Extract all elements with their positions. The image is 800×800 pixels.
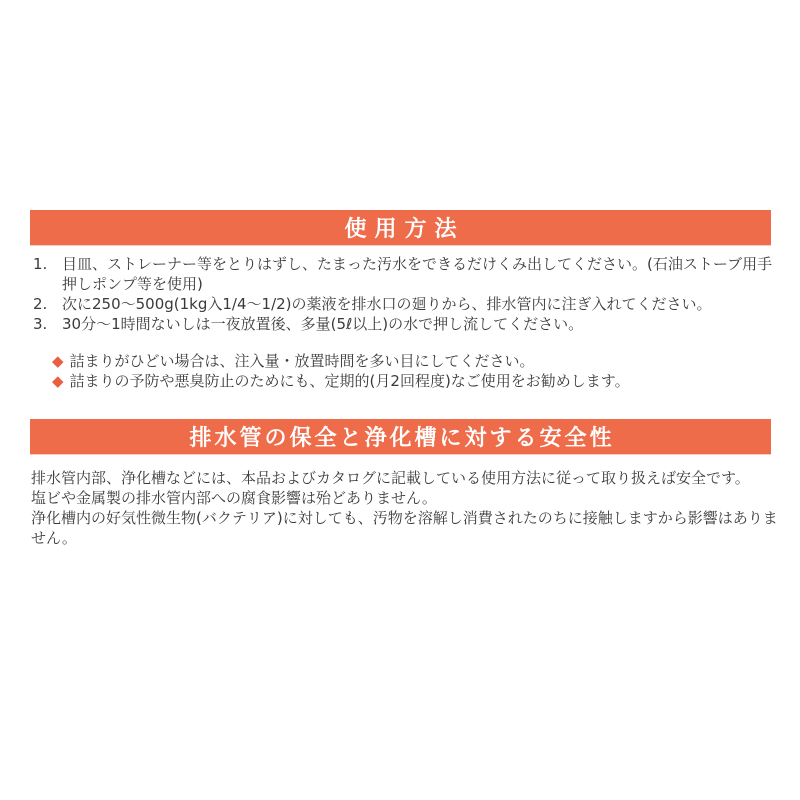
note-text: 詰まりの予防や悪臭防止のためにも、定期的(月2回程度)なご使用をお勧めします。 bbox=[70, 371, 630, 391]
safety-paragraphs: 排水管内部、浄化槽などには、本品およびカタログに記載している使用方法に従って取り… bbox=[31, 468, 779, 548]
safety-section-header-bar: 排水管の保全と浄化槽に対する安全性 bbox=[30, 419, 771, 454]
list-item: 2. 次に250〜500g(1kg入1/4〜1/2)の薬液を排水口の廻りから、排… bbox=[33, 294, 775, 314]
diamond-bullet-icon: ◆ bbox=[52, 371, 64, 391]
list-item: 3. 30分〜1時間ないしは一夜放置後、多量(5ℓ以上)の水で押し流してください… bbox=[33, 314, 775, 334]
safety-paragraph: 浄化槽内の好気性微生物(バクテリア)に対しても、汚物を溶解し消費されたのちに接触… bbox=[31, 508, 779, 548]
diamond-bullet-icon: ◆ bbox=[52, 351, 64, 371]
step-text: 次に250〜500g(1kg入1/4〜1/2)の薬液を排水口の廻りから、排水管内… bbox=[62, 294, 775, 314]
step-number: 1. bbox=[33, 254, 62, 294]
safety-section-title: 排水管の保全と浄化槽に対する安全性 bbox=[186, 421, 614, 452]
safety-paragraph: 塩ビや金属製の排水管内部への腐食影響は殆どありません。 bbox=[31, 488, 779, 508]
note-text: 詰まりがひどい場合は、注入量・放置時間を多い目にしてください。 bbox=[70, 351, 535, 371]
usage-section-header-bar: 使用方法 bbox=[30, 210, 771, 245]
usage-section-title: 使用方法 bbox=[336, 212, 464, 243]
safety-paragraph: 排水管内部、浄化槽などには、本品およびカタログに記載している使用方法に従って取り… bbox=[31, 468, 779, 488]
step-text: 30分〜1時間ないしは一夜放置後、多量(5ℓ以上)の水で押し流してください。 bbox=[62, 314, 775, 334]
step-number: 3. bbox=[33, 314, 62, 334]
step-text: 目皿、ストレーナー等をとりはずし、たまった汚水をできるだけくみ出してください。(… bbox=[62, 254, 775, 294]
step-number: 2. bbox=[33, 294, 62, 314]
usage-notes-list: ◆ 詰まりがひどい場合は、注入量・放置時間を多い目にしてください。 ◆ 詰まりの… bbox=[52, 351, 752, 391]
list-item: ◆ 詰まりがひどい場合は、注入量・放置時間を多い目にしてください。 bbox=[52, 351, 752, 371]
instruction-document-page: 使用方法 1. 目皿、ストレーナー等をとりはずし、たまった汚水をできるだけくみ出… bbox=[0, 0, 800, 800]
list-item: 1. 目皿、ストレーナー等をとりはずし、たまった汚水をできるだけくみ出してくださ… bbox=[33, 254, 775, 294]
list-item: ◆ 詰まりの予防や悪臭防止のためにも、定期的(月2回程度)なご使用をお勧めします… bbox=[52, 371, 752, 391]
usage-steps-list: 1. 目皿、ストレーナー等をとりはずし、たまった汚水をできるだけくみ出してくださ… bbox=[33, 254, 775, 334]
